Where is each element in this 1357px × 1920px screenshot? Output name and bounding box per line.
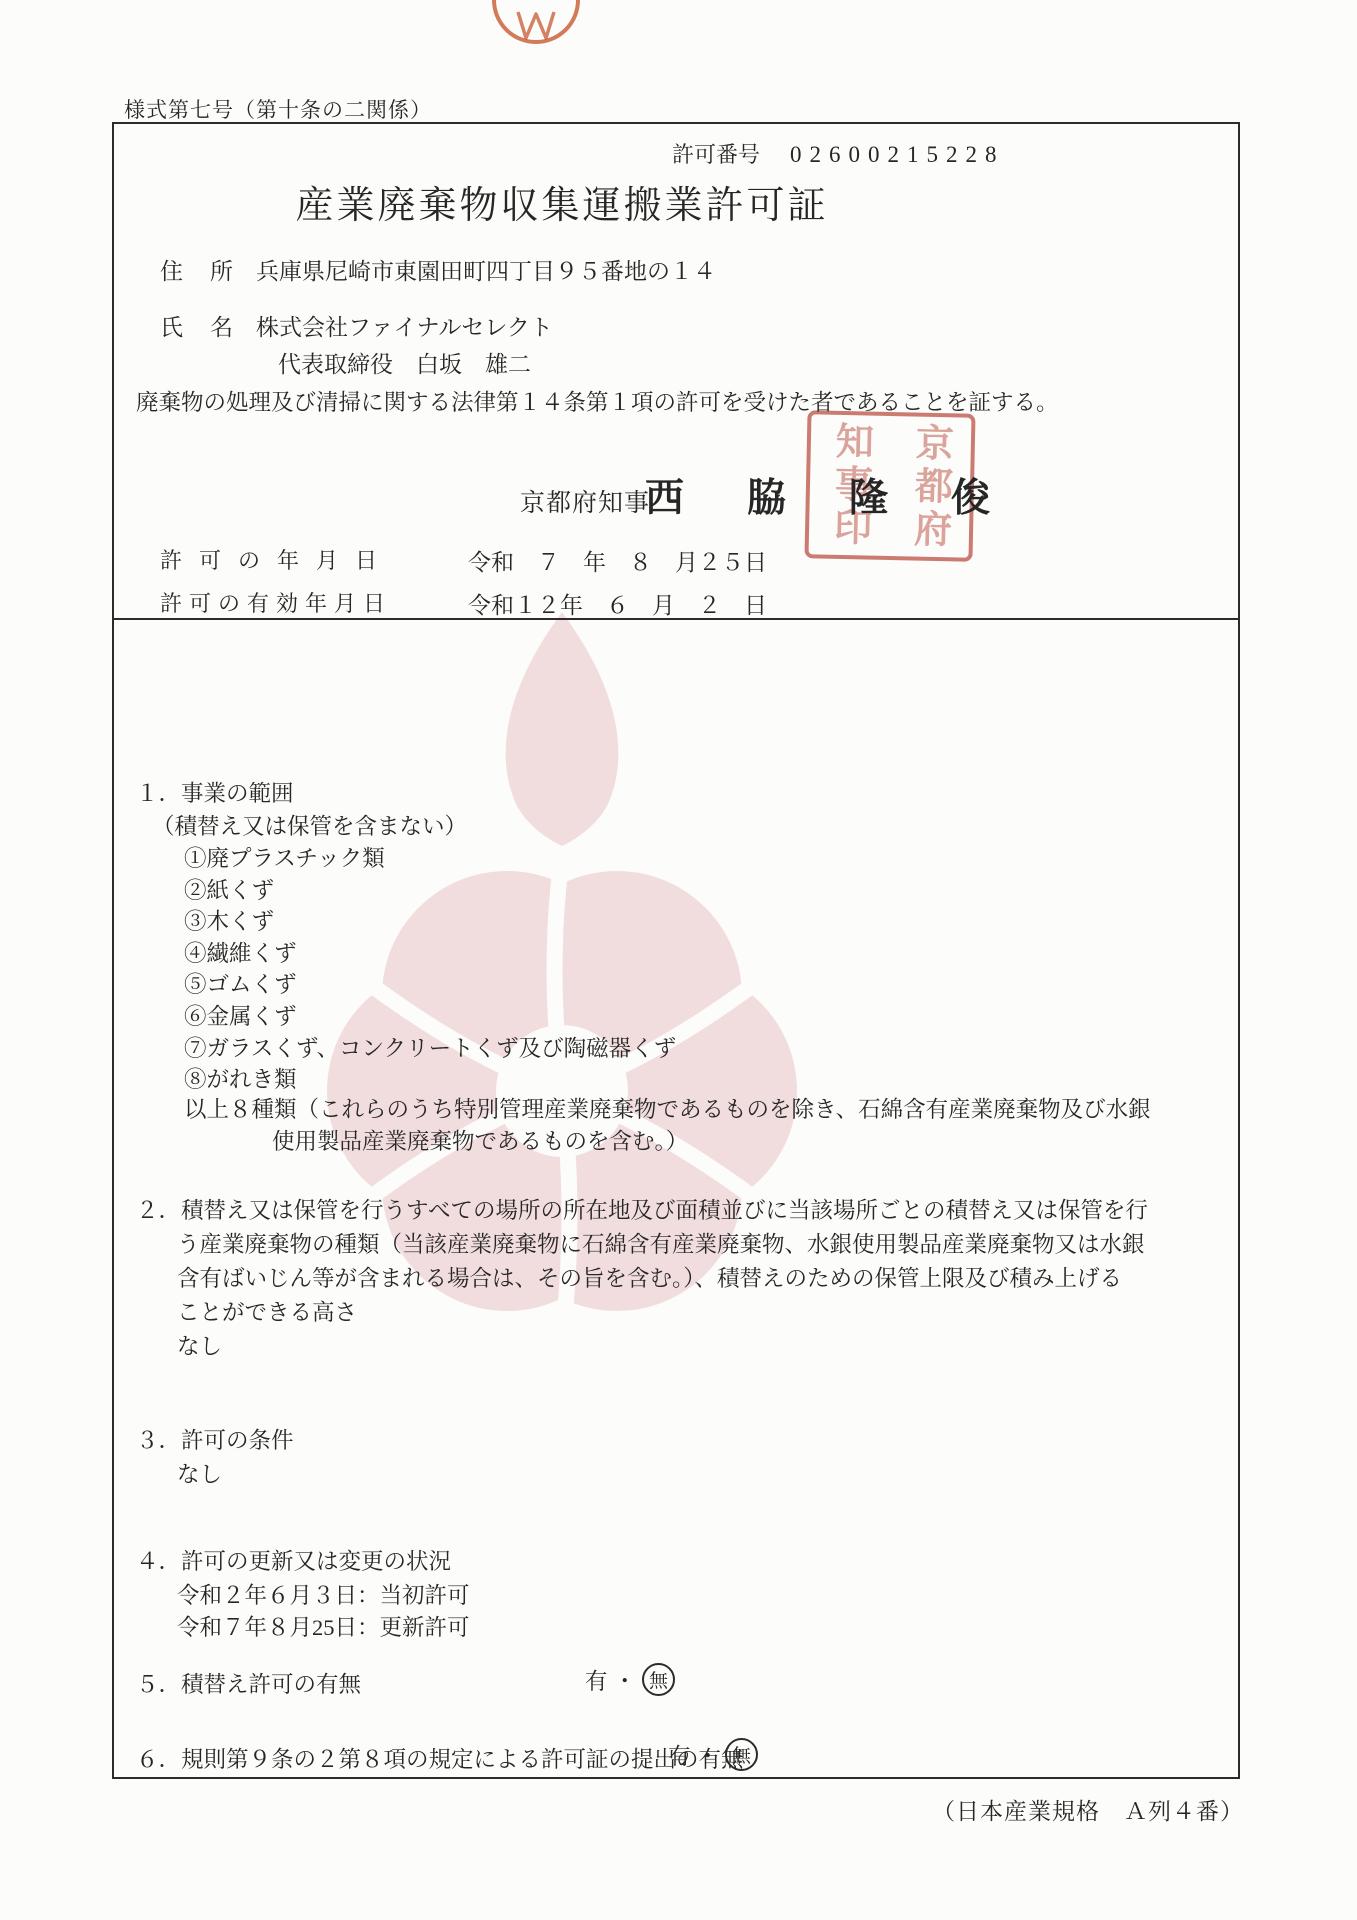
option-separator: ・ — [614, 1664, 637, 1696]
document-title: 産業廃棄物収集運搬業許可証 — [112, 174, 1012, 229]
governor-name: 西 脇 隆 俊 — [645, 467, 1002, 523]
permit-date-label: 許可の年月日 — [160, 544, 394, 575]
waste-item: ⑥金属くず — [184, 999, 676, 1031]
section1-heading: １．事業の範囲 — [136, 776, 294, 808]
permit-document: 様式第七号（第十条の二関係） 許可番号02600215228 産業廃棄物収集運搬… — [0, 0, 1357, 1920]
section2-line3: 含有ばいじん等が含まれる場合は、その旨を含む。）、積替えのための保管上限及び積み… — [177, 1261, 1122, 1293]
renewal-entry-initial: 令和２年６月３日：当初許可 — [177, 1578, 470, 1610]
company-name: 株式会社ファイナルセレクト — [256, 309, 553, 342]
paper-standard-note: （日本産業規格 Ａ列４番） — [932, 1793, 1244, 1826]
waste-type-list: ①廃プラスチック類 ②紙くず ③木くず ④繊維くず ⑤ゴムくず ⑥金属くず ⑦ガ… — [184, 841, 676, 1094]
section3-heading: ３．許可の条件 — [136, 1423, 294, 1455]
certification-statement: 廃棄物の処理及び清掃に関する法律第１４条第１項の許可を受けた者であることを証する… — [136, 385, 1059, 417]
section6-options: 有 ・ 無 — [668, 1738, 758, 1771]
section3-value: なし — [177, 1457, 222, 1489]
section2-line1: ２．積替え又は保管を行うすべての場所の所在地及び面積並びに当該場所ごとの積替え又… — [136, 1193, 1148, 1225]
section5-options: 有 ・ 無 — [585, 1663, 675, 1696]
section2-line2: う産業廃棄物の種類（当該産業廃棄物に石綿含有産業廃棄物、水銀使用製品産業廃棄物又… — [177, 1227, 1145, 1259]
permit-number-row: 許可番号02600215228 — [672, 138, 1005, 169]
section1-note-line2: 使用製品産業廃棄物であるものを含む。） — [272, 1124, 688, 1156]
option-no-circled: 無 — [642, 1663, 675, 1696]
waste-item: ②紙くず — [184, 873, 676, 905]
option-no-circled: 無 — [725, 1738, 758, 1771]
governor-title: 京都府知事 — [520, 483, 650, 519]
section1-subheading: （積替え又は保管を含まない） — [152, 809, 467, 841]
section4-heading: ４．許可の更新又は変更の状況 — [136, 1544, 451, 1576]
name-label: 氏 名 — [160, 309, 235, 342]
section1-note-line1: 以上８種類（これらのうち特別管理産業廃棄物であるものを除き、石綿含有産業廃棄物及… — [184, 1092, 1151, 1124]
waste-item: ④繊維くず — [184, 936, 676, 968]
top-stamp-icon — [492, 0, 580, 62]
permit-number-value: 02600215228 — [790, 142, 1005, 167]
waste-item: ⑦ガラスくず、コンクリートくず及び陶磁器くず — [184, 1031, 676, 1063]
waste-item: ⑤ゴムくず — [184, 967, 676, 999]
waste-item: ⑧がれき類 — [184, 1062, 676, 1094]
section2-line4: ことができる高さ — [177, 1295, 357, 1327]
valid-date-value: 令和１２年 ６ 月 ２ 日 — [468, 587, 767, 620]
representative-name: 代表取締役 白坂 雄二 — [278, 346, 531, 379]
permit-number-label: 許可番号 — [672, 142, 760, 167]
valid-date-label: 許可の有効年月日 — [160, 587, 392, 618]
option-yes: 有 — [585, 1664, 608, 1696]
section5-label: ５．積替え許可の有無 — [136, 1667, 361, 1699]
option-yes: 有 — [668, 1739, 691, 1771]
address-label: 住 所 — [160, 253, 235, 286]
section6-label: ６．規則第９条の２第８項の規定による許可証の提出の有無 — [136, 1742, 744, 1774]
renewal-entry-renewal: 令和７年８月25日：更新許可 — [177, 1610, 470, 1642]
option-separator: ・ — [697, 1739, 720, 1771]
waste-item: ③木くず — [184, 904, 676, 936]
form-number-label: 様式第七号（第十条の二関係） — [124, 94, 432, 124]
address-value: 兵庫県尼崎市東園田町四丁目９５番地の１４ — [256, 253, 716, 286]
permit-date-value: 令和 ７ 年 ８ 月２５日 — [468, 544, 767, 577]
waste-item: ①廃プラスチック類 — [184, 841, 676, 873]
section2-value: なし — [177, 1329, 222, 1361]
